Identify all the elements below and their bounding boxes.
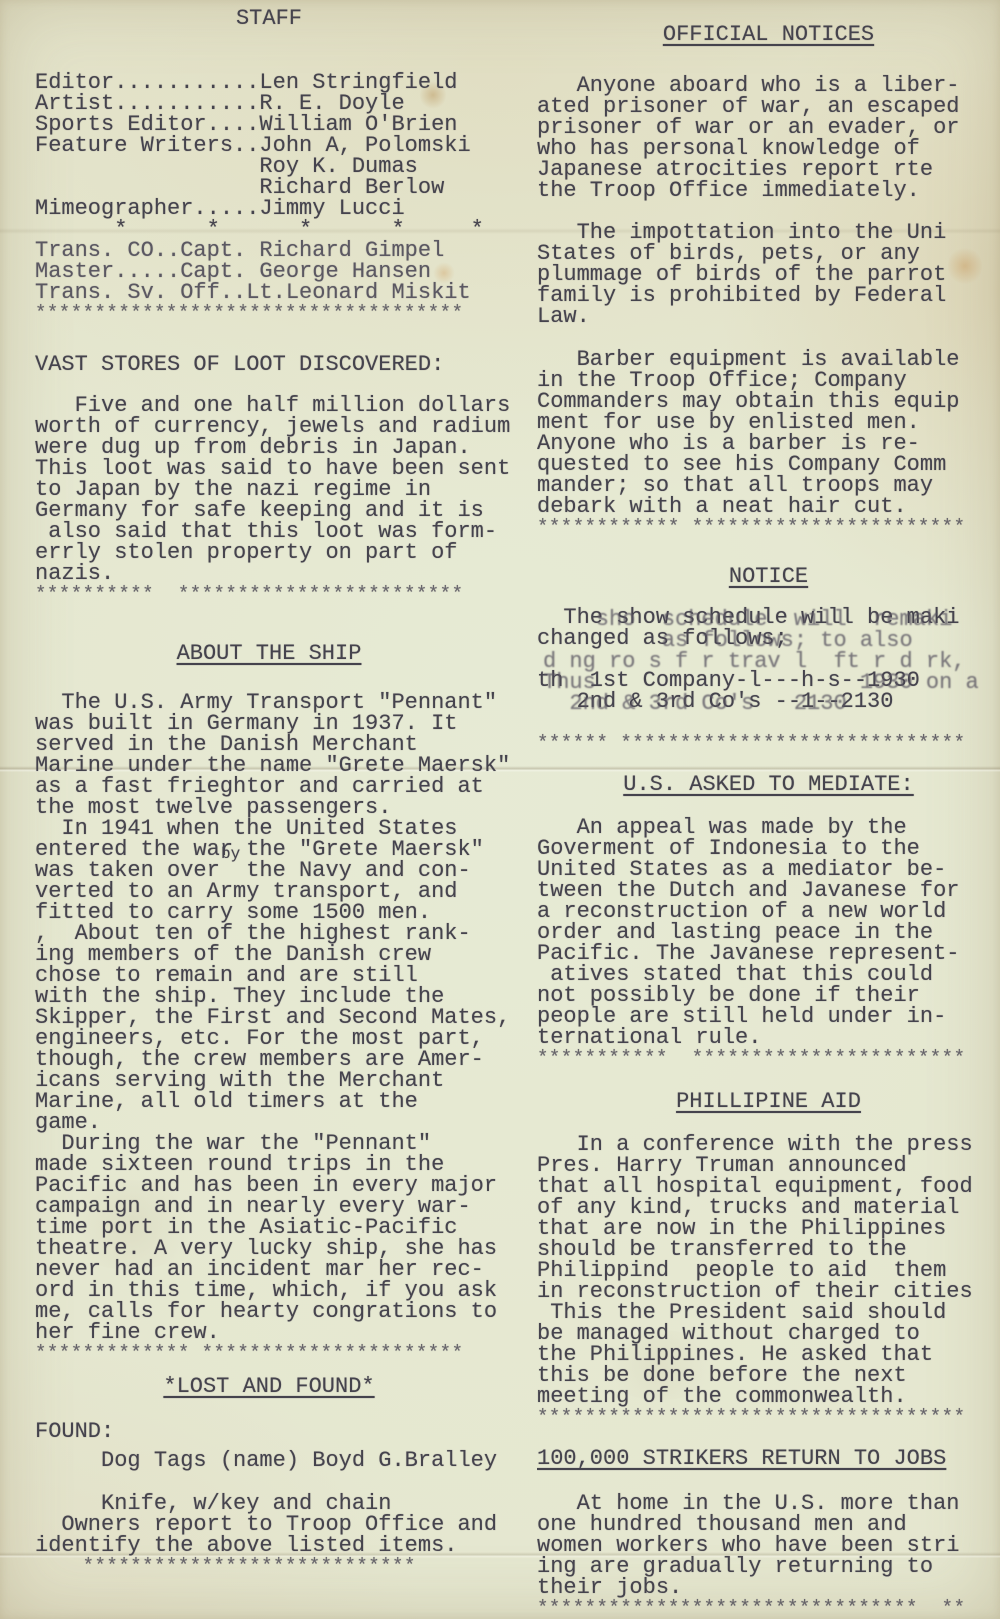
notice-heading-text: NOTICE	[729, 564, 808, 589]
strikers-heading: 100,000 STRIKERS RETURN TO JOBS	[537, 1448, 1000, 1469]
ship-body: The U.S. Army Transport "Pennant" was bu…	[35, 692, 503, 1343]
notice-heading: NOTICE	[537, 566, 1000, 587]
loot-heading: VAST STORES OF LOOT DISCOVERED:	[35, 354, 503, 375]
lost-found-heading-text: *LOST AND FOUND*	[163, 1374, 374, 1399]
notice-ghost-text: sho schedule will remaki as follows; to …	[543, 609, 979, 714]
found-item: Dog Tags (name) Boyd G.Bralley	[35, 1450, 503, 1471]
section-divider: ******************************** **	[537, 1598, 1000, 1619]
phillipine-aid-heading: PHILLIPINE AID	[537, 1091, 1000, 1112]
ship-heading: ABOUT THE SHIP	[35, 643, 503, 664]
section-divider: ************************************	[537, 1407, 1000, 1428]
loot-body: Five and one half million dollars worth …	[35, 395, 503, 584]
mediate-heading: U.S. ASKED TO MEDIATE:	[537, 774, 1000, 795]
staff-roster: Editor...........Len Stringfield Artist.…	[35, 72, 503, 219]
found-label: FOUND:	[35, 1421, 503, 1442]
mediate-heading-text: U.S. ASKED TO MEDIATE:	[623, 772, 913, 797]
strikers-body: At home in the U.S. more than one hundre…	[537, 1493, 1000, 1598]
section-divider: ****** *****************************	[537, 733, 1000, 754]
ship-body-wrap: The U.S. Army Transport "Pennant" was bu…	[35, 692, 503, 1343]
ship-heading-text: ABOUT THE SHIP	[177, 641, 362, 666]
official-notices-para: Barber equipment is available in the Tro…	[537, 349, 1000, 517]
left-column: STAFF Editor...........Len Stringfield A…	[35, 0, 503, 1577]
staff-stars-row: * * * * *	[35, 219, 503, 240]
section-divider: ************************************	[35, 303, 503, 324]
section-divider: ****************************	[35, 1556, 503, 1577]
lost-found-heading: *LOST AND FOUND*	[35, 1376, 503, 1397]
section-divider: ********** ************************	[35, 584, 503, 605]
section-divider: *********** ***********************	[537, 1048, 1000, 1069]
staff-section-title: STAFF	[35, 8, 503, 29]
official-notices-para: Anyone aboard who is a liber- ated priso…	[537, 75, 1000, 201]
strikers-heading-text: 100,000 STRIKERS RETURN TO JOBS	[537, 1446, 946, 1471]
official-notices-heading-text: OFFICIAL NOTICES	[663, 22, 874, 47]
found-item: Knife, w/key and chain	[35, 1493, 503, 1514]
staff-officers: Trans. CO..Capt. Richard Gimpel Master..…	[35, 240, 503, 303]
mediate-body: An appeal was made by the Goverment of I…	[537, 817, 1000, 1048]
typed-insertion-word: by	[221, 846, 240, 862]
official-notices-para: The impottation into the Uni States of b…	[537, 222, 1000, 327]
section-divider: ************* **********************	[35, 1343, 503, 1364]
lost-found-note: Owners report to Troop Office and identi…	[35, 1514, 503, 1556]
section-divider: ************ ***********************	[537, 517, 1000, 538]
notice-double-struck-block: sho schedule will remaki as follows; to …	[537, 607, 1000, 733]
newsletter-page: STAFF Editor...........Len Stringfield A…	[0, 0, 1000, 1619]
right-column: OFFICIAL NOTICES Anyone aboard who is a …	[537, 0, 1000, 1619]
phillipine-aid-body: In a conference with the press Pres. Har…	[537, 1134, 1000, 1407]
phillipine-aid-heading-text: PHILLIPINE AID	[676, 1089, 861, 1114]
official-notices-heading: OFFICIAL NOTICES	[537, 24, 1000, 45]
